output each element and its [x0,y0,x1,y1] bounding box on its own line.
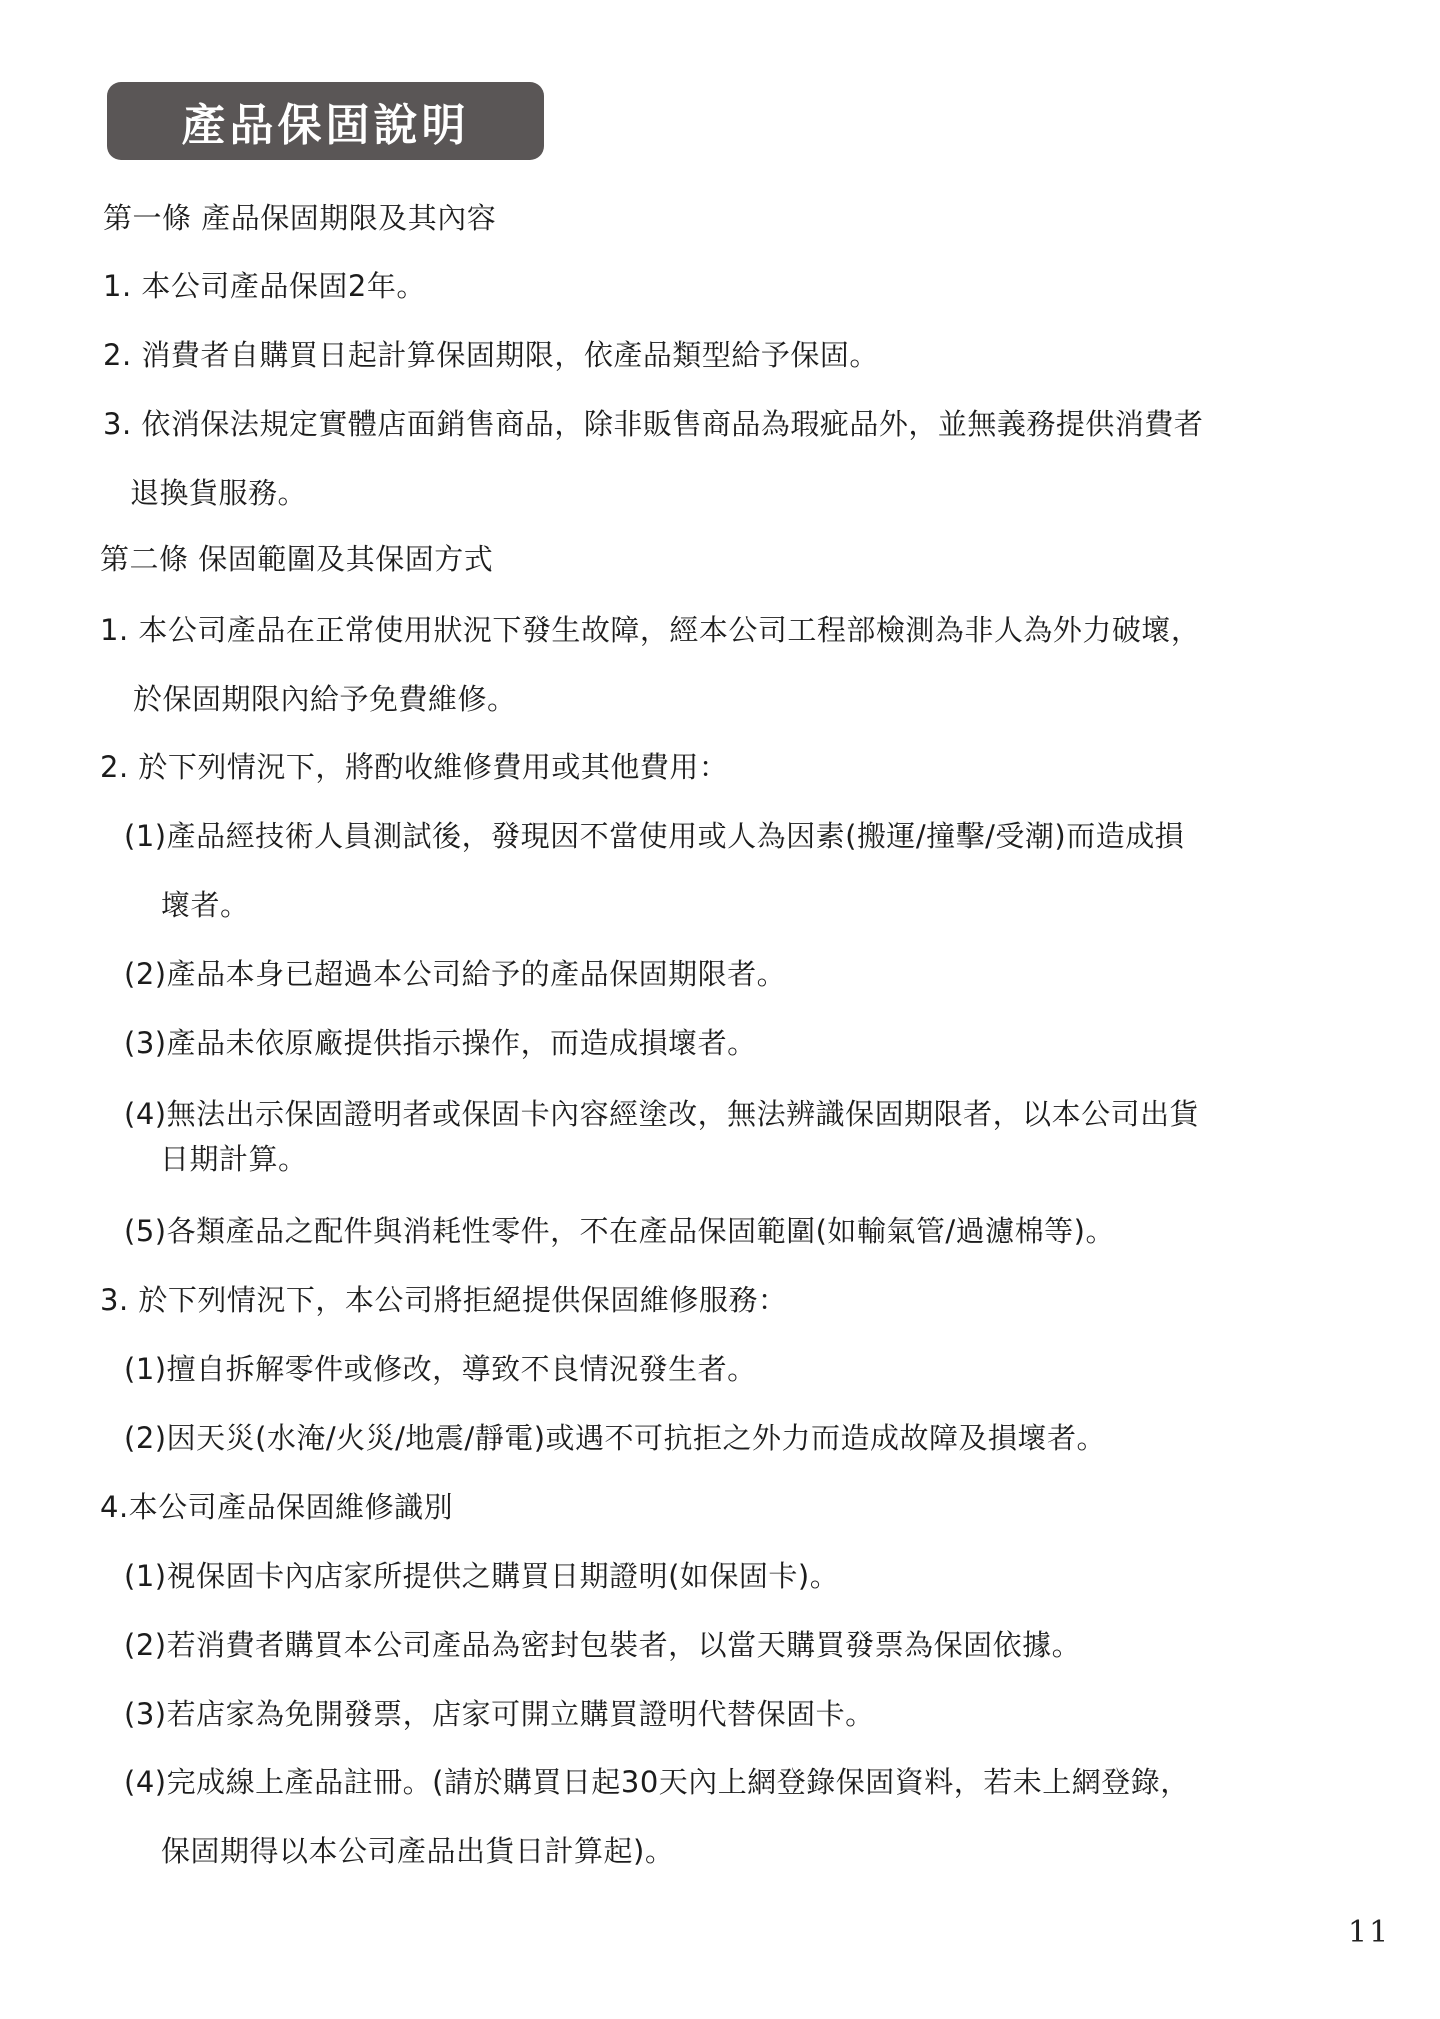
sub-list-item: (2)因天災(水淹/火災/地震/靜電)或遇不可抗拒之外力而造成故障及損壞者。 [124,1420,1106,1456]
sub-list-item-continuation: 日期計算。 [160,1141,308,1177]
article-heading-1: 第一條 產品保固期限及其內容 [103,200,496,236]
sub-list-item-continuation: 保固期得以本公司產品出貨日計算起)。 [161,1833,674,1869]
list-item: 2. 於下列情況下，將酌收維修費用或其他費用： [100,749,728,785]
section-title-banner: 產品保固說明 [107,82,544,160]
sub-list-item: (3)若店家為免開發票，店家可開立購買證明代替保固卡。 [124,1696,875,1732]
sub-list-item: (2)產品本身已超過本公司給予的產品保固期限者。 [124,956,786,992]
sub-list-item: (5)各類產品之配件與消耗性零件，不在產品保固範圍(如輸氣管/過濾棉等)。 [124,1213,1115,1249]
sub-list-item: (3)產品未依原廠提供指示操作，而造成損壞者。 [124,1025,757,1061]
sub-list-item: (1)產品經技術人員測試後，發現因不當使用或人為因素(搬運/撞擊/受潮)而造成損 [124,818,1184,854]
article-heading-2: 第二條 保固範圍及其保固方式 [100,541,493,577]
list-item: 4.本公司產品保固維修識別 [100,1489,453,1525]
sub-list-item: (4)無法出示保固證明者或保固卡內容經塗改，無法辨識保固期限者，以本公司出貨 [124,1096,1199,1132]
page-title: 產品保固說明 [182,89,470,153]
page-number: 11 [1348,1915,1390,1950]
list-item: 1. 本公司產品在正常使用狀況下發生故障，經本公司工程部檢測為非人為外力破壞， [100,612,1200,648]
list-item-continuation: 退換貨服務。 [130,475,307,511]
list-item: 2. 消費者自購買日起計算保固期限，依產品類型給予保固。 [103,337,879,373]
sub-list-item: (2)若消費者購買本公司產品為密封包裝者，以當天購買發票為保固依據。 [124,1627,1081,1663]
list-item-continuation: 於保固期限內給予免費維修。 [133,681,517,717]
sub-list-item-continuation: 壞者。 [161,887,250,923]
sub-list-item: (1)擅自拆解零件或修改，導致不良情況發生者。 [124,1351,757,1387]
sub-list-item: (1)視保固卡內店家所提供之購買日期證明(如保固卡)。 [124,1558,839,1594]
list-item: 3. 依消保法規定實體店面銷售商品，除非販售商品為瑕疵品外，並無義務提供消費者 [103,406,1203,442]
sub-list-item: (4)完成線上產品註冊。(請於購買日起30天內上網登錄保固資料，若未上網登錄， [124,1764,1190,1800]
list-item: 3. 於下列情況下，本公司將拒絕提供保固維修服務： [100,1282,787,1318]
list-item: 1. 本公司產品保固2年。 [103,268,426,304]
